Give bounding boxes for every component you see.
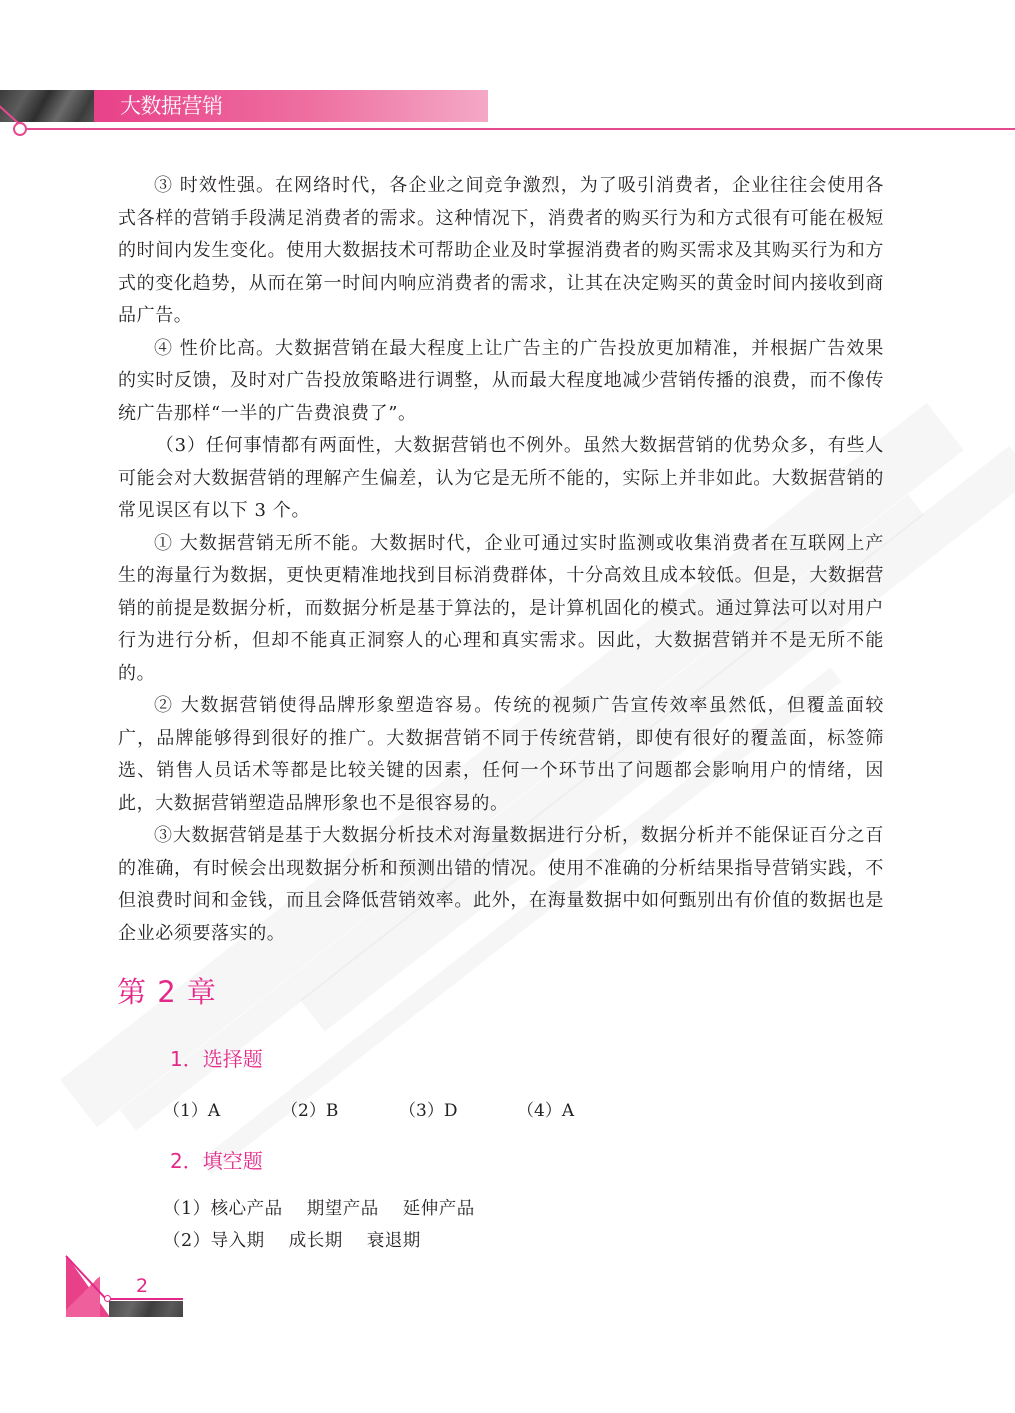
page-footer: 2 [66,1255,186,1317]
multiple-choice-answers: （1）A （2）B （3）D （4）A [163,1096,635,1121]
body-text: ③ 时效性强。在网络时代，各企业之间竞争激烈，为了吸引消费者，企业往往会使用各式… [118,170,884,950]
section-heading-fill-in-blank: 2．填空题 [170,1145,263,1174]
fill-answer: （2）导入期 [163,1231,265,1251]
book-title: 大数据营销 [120,91,223,121]
fill-answer: 衰退期 [367,1231,421,1251]
paragraph-timeliness: ③ 时效性强。在网络时代，各企业之间竞争激烈，为了吸引消费者，企业往往会使用各式… [118,170,884,333]
section-heading-multiple-choice: 1．选择题 [170,1043,263,1072]
footer-circle-node-icon [104,1295,111,1302]
answer-3: （3）D [399,1096,517,1121]
chapter-title: 第 2 章 [117,970,217,1011]
fill-answer: 期望产品 [307,1199,379,1219]
paragraph-misconception-3: ③大数据营销是基于大数据分析技术对海量数据进行分析，数据分析并不能保证百分之百的… [118,820,884,950]
paragraph-cost-effectiveness: ④ 性价比高。大数据营销在最大程度上让广告主的广告投放更加精准，并根据广告效果的… [118,333,884,431]
answer-2: （2）B [281,1096,399,1121]
answer-4: （4）A [517,1096,635,1121]
fill-answer: 延伸产品 [403,1199,475,1219]
page-header: 大数据营销 [0,90,1015,135]
fill-answer: （1）核心产品 [163,1199,283,1219]
paragraph-misconceptions-intro: （3）任何事情都有两面性，大数据营销也不例外。虽然大数据营销的优势众多，有些人可… [118,430,884,528]
header-rule [20,128,1015,130]
paragraph-misconception-1: ① 大数据营销无所不能。大数据时代，企业可通过实时监测或收集消费者在互联网上产生… [118,528,884,691]
header-circle-node-icon [13,122,27,136]
footer-rule [109,1298,183,1300]
footer-dark-band [109,1301,183,1317]
fill-answer: 成长期 [289,1231,343,1251]
answer-1: （1）A [163,1096,281,1121]
fill-in-answer-row-2: （2）导入期 成长期 衰退期 [163,1227,439,1252]
page-number: 2 [136,1275,148,1297]
fill-in-answer-row-1: （1）核心产品 期望产品 延伸产品 [163,1195,493,1220]
paragraph-misconception-2: ② 大数据营销使得品牌形象塑造容易。传统的视频广告宣传效率虽然低，但覆盖面较广，… [118,690,884,820]
